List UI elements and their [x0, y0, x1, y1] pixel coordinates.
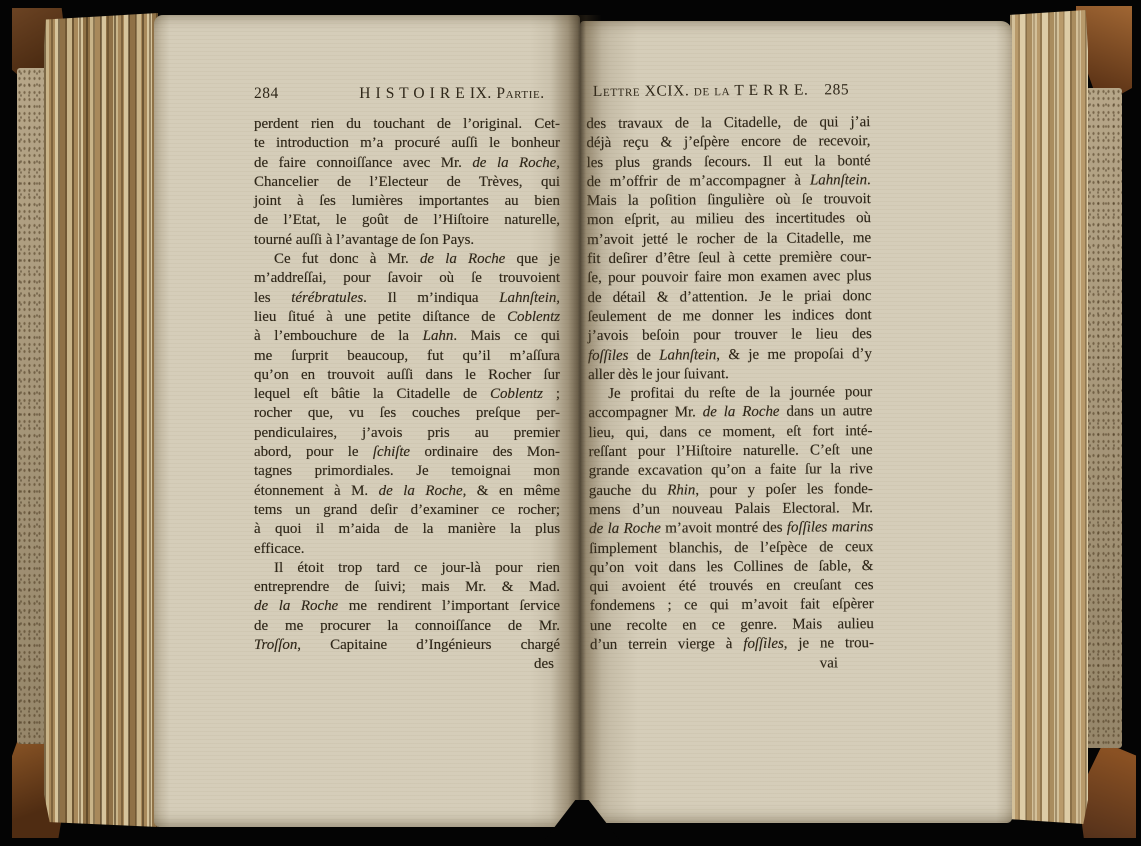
running-head-left: 284 H I S T O I R E IX. Partie.: [254, 85, 562, 103]
text-line: accompagner Mr. de la Roche dans un autr…: [588, 403, 872, 424]
text-line: reſſant pour l’Hiſtoire naturelle. C’eſt…: [589, 441, 873, 462]
page-number-left: 284: [254, 85, 296, 103]
text-line: ſimplement blanchis, de l’eſpèce de ceux: [589, 538, 873, 559]
text-line: de la Roche me rendirent l’important ſer…: [254, 597, 560, 616]
text-line: tourné auſſi à l’avantage de ſon Pays.: [254, 231, 560, 250]
text-line: lieu, qui, dans ce moment, eſt fort inté…: [588, 422, 872, 443]
left-page: 284 H I S T O I R E IX. Partie. perdent …: [154, 15, 580, 827]
text-line: une recolte en ce genre. Mais aulieu: [590, 615, 874, 636]
right-page: Lettre XCIX. de la T E R R E. 285 des tr…: [580, 21, 1012, 823]
text-line: rocher que, vu ſes couches preſque per-: [254, 404, 560, 423]
text-line: me ſurprit beaucoup, fut qu’il m’aſſura: [254, 347, 560, 366]
text-line: qu’on en trouvoit auſſi dans le Rocher ſ…: [254, 366, 560, 385]
running-title-left: H I S T O I R E IX. Partie.: [296, 85, 562, 103]
text-line: fit deſirer d’être ſeul à cette première…: [587, 248, 871, 269]
text-line: efficace.: [254, 540, 560, 559]
running-title-right: Lettre XCIX. de la T E R R E.: [585, 81, 816, 101]
text-line: à l’embouchure de la Lahn. Mais ce qui: [254, 327, 560, 346]
text-line: lequel eſt bâtie la Citadelle de Coblent…: [254, 385, 560, 404]
text-line: m’avoit jetté le rocher de la Citadelle,…: [587, 229, 871, 250]
cover-board-edge-right: [1086, 88, 1122, 748]
catchword-right: vai: [590, 655, 838, 674]
text-line: Je profitai du reſte de la journée pour: [588, 383, 872, 404]
text-line: m’addreſſai, pour ſavoir où ſe trouvoien…: [254, 269, 560, 288]
catchword-left: des: [254, 656, 554, 673]
text-line: de détail & d’attention. Je le priai don…: [587, 287, 871, 308]
text-line: aller dès le jour ſuivant.: [588, 364, 872, 385]
text-line: Chancelier de l’Electeur de Trèves, qui: [254, 173, 560, 192]
text-line: de la Roche m’avoit montré des foſſiles …: [589, 518, 873, 539]
text-line: étonnement à M. de la Roche, & en même: [254, 482, 560, 501]
page-fore-edge-left: [44, 13, 158, 827]
text-line: ſe, pour pouvoir faire mon examen avec p…: [587, 267, 871, 288]
text-column-left: perdent rien du touchant de l’original. …: [254, 115, 560, 655]
text-line: joint à ſes lumières importantes au bien: [254, 192, 560, 211]
page-fore-edge-right: [1010, 10, 1088, 824]
text-line: te introduction m’a procuré auſſi le bon…: [254, 134, 560, 153]
text-line: abord, pour le ſchiſte ordinaire des Mon…: [254, 443, 560, 462]
text-line: ſeulement de me donner les indices dont: [588, 306, 872, 327]
text-line: tagnes primordiales. Je temoignai mon: [254, 462, 560, 481]
text-line: entreprendre de ſuivi; mais Mr. & Mad.: [254, 578, 560, 597]
text-column-right: des travaux de la Citadelle, de qui j’ai…: [586, 113, 874, 655]
text-line: mens d’un nouveau Palais Electoral. Mr.: [589, 499, 873, 520]
book-photo: 284 H I S T O I R E IX. Partie. perdent …: [0, 0, 1141, 846]
text-line: qu’on voit dans les Collines de ſable, &: [589, 557, 873, 578]
running-head-right: Lettre XCIX. de la T E R R E. 285: [585, 81, 849, 101]
text-line: Ce fut donc à Mr. de la Roche que je: [254, 250, 560, 269]
text-line: perdent rien du touchant de l’original. …: [254, 115, 560, 134]
page-number-right: 285: [824, 81, 849, 99]
text-line: les plus grands ſecours. Il eut la bonté: [587, 152, 871, 173]
text-line: Troſſon, Capitaine d’Ingénieurs chargé: [254, 636, 560, 655]
text-line: pendiculaires, j’avois pris au premier: [254, 424, 560, 443]
text-line: gauche du Rhin, pour y poſer les fonde-: [589, 480, 873, 501]
right-page-content: Lettre XCIX. de la T E R R E. 285 des tr…: [580, 18, 1018, 823]
text-line: Il étoit trop tard ce jour-là pour rien: [254, 559, 560, 578]
text-line: des travaux de la Citadelle, de qui j’ai: [586, 113, 870, 134]
text-line: tems un grand deſir d’examiner ce rocher…: [254, 501, 560, 520]
cover-board-edge-left: [17, 68, 48, 744]
text-line: foſſiles de Lahnſtein, & je me propoſai …: [588, 345, 872, 366]
text-line: à quoi il m’aida de la manière la plus: [254, 520, 560, 539]
text-line: de l’Etat, le goût de l’Hiſtoire naturel…: [254, 211, 560, 230]
text-line: d’un terrein vierge à foſſiles, je ne tr…: [590, 634, 874, 655]
text-line: qui avoient été trouvés en creuſant ces: [589, 576, 873, 597]
text-line: de me procurer la connoiſſance de Mr.: [254, 617, 560, 636]
text-line: déjà reçu & j’eſpère encore de recevoir,: [586, 132, 870, 153]
text-line: les térébratules. Il m’indiqua Lahnſtein…: [254, 289, 560, 308]
text-line: j’avois beſoin pour trouver le lieu des: [588, 325, 872, 346]
text-line: fondemens ; ce qui m’avoit fait eſpèrer: [590, 596, 874, 617]
text-line: grande excavation qu’on a faite ſur la r…: [589, 460, 873, 481]
text-line: lieu ſitué à une petite diſtance de Cobl…: [254, 308, 560, 327]
text-line: de faire connoiſſance avec Mr. de la Roc…: [254, 154, 560, 173]
text-line: mon eſprit, au milieu des incertitudes o…: [587, 210, 871, 231]
text-line: Mais la poſition ſingulière où ſe trouvo…: [587, 190, 871, 211]
text-line: de m’offrir de m’accompagner à Lahnſtein…: [587, 171, 871, 192]
